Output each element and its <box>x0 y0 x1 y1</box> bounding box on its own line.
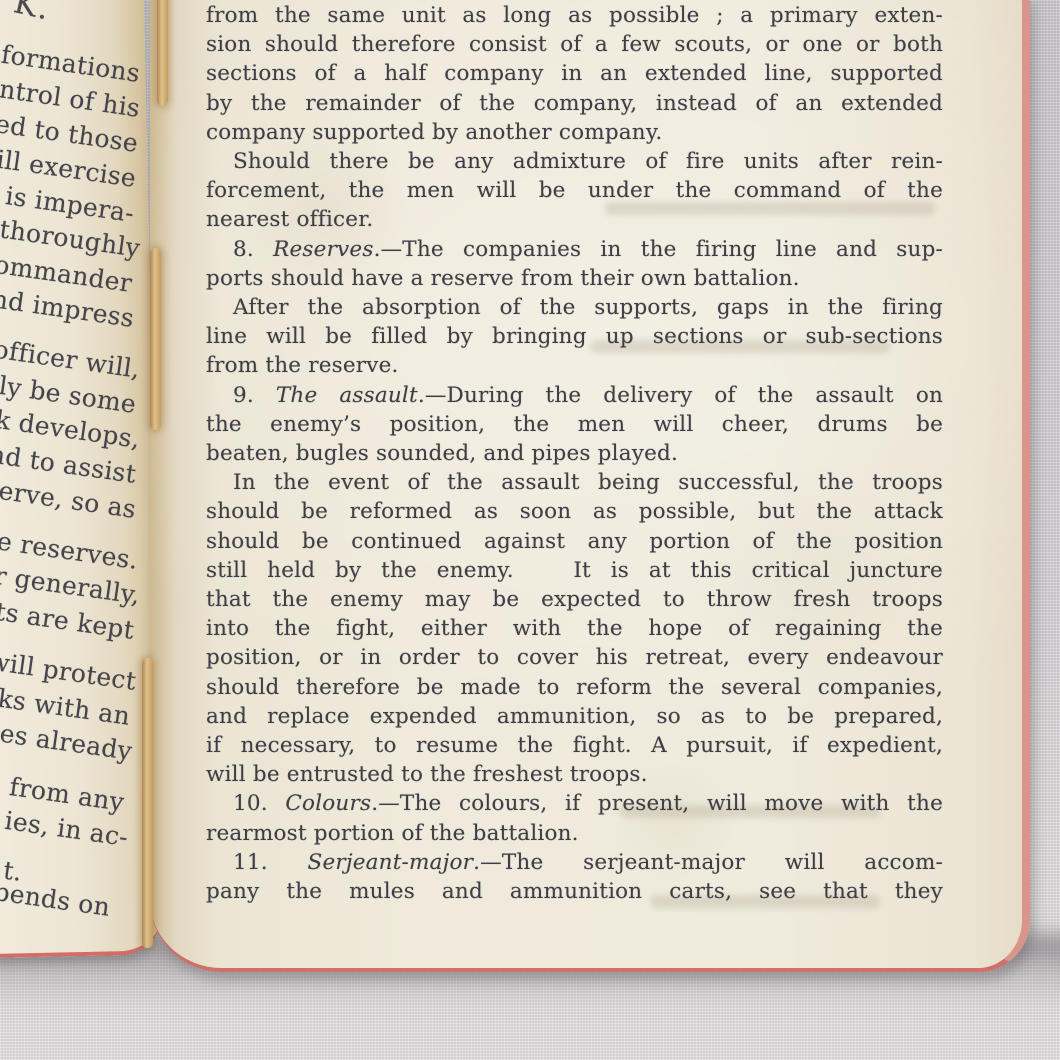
right-page-line: from the same unit as long as possible ;… <box>206 1 943 30</box>
italic-term: Reserves <box>273 237 373 262</box>
text-segment: pany the mules and ammunition carts, see… <box>206 879 943 904</box>
text-segment: .—The serjeant-major will accom- <box>473 850 943 875</box>
text-segment: line will be filled by bringing up secti… <box>206 324 943 349</box>
binding-cord <box>157 0 168 106</box>
text-segment: should be continued against any portion … <box>206 529 943 554</box>
italic-term: The assault <box>276 383 418 408</box>
right-page-line: 11. Serjeant-major.—The serjeant-major w… <box>206 848 943 877</box>
text-segment: by the remainder of the company, instead… <box>206 91 943 116</box>
binding-cord <box>150 248 161 430</box>
text-segment: still held by the enemy. It is at this c… <box>206 558 943 583</box>
text-segment: should be reformed as soon as possible, … <box>206 499 943 524</box>
text-segment: .—The companies in the firing line and s… <box>374 237 943 262</box>
text-segment: from the reserve. <box>206 353 399 378</box>
right-page-line: if necessary, to resume the fight. A pur… <box>206 731 943 760</box>
text-segment: 10. <box>233 791 285 816</box>
text-segment: nearest officer. <box>206 207 373 232</box>
text-segment: and replace expended ammunition, so as t… <box>206 704 943 729</box>
text-segment: forcement, the men will be under the com… <box>206 178 943 203</box>
text-segment: 11. <box>233 850 308 875</box>
right-page-line: sections of a half company in an extende… <box>206 59 943 88</box>
right-page-line: Should there be any admixture of fire un… <box>206 147 943 176</box>
right-page-line: 8. Reserves.—The companies in the firing… <box>206 235 943 264</box>
right-page-line: pany the mules and ammunition carts, see… <box>206 877 943 906</box>
right-page-line: line will be filled by bringing up secti… <box>206 322 943 351</box>
text-segment: beaten, bugles sounded, and pipes played… <box>206 441 678 466</box>
italic-term: Colours <box>285 791 371 816</box>
right-page-line: still held by the enemy. It is at this c… <box>206 556 943 585</box>
text-segment: rearmost portion of the battalion. <box>206 821 579 846</box>
text-segment: the enemy’s position, the men will cheer… <box>206 412 943 437</box>
text-segment: Should there be any admixture of fire un… <box>233 149 943 174</box>
text-segment: company supported by another company. <box>206 120 662 145</box>
italic-term: Serjeant-major <box>308 850 474 875</box>
right-page-line: should be continued against any portion … <box>206 527 943 556</box>
right-page-lines: from the same unit as long as possible ;… <box>206 1 943 906</box>
left-page-lines: ed formationscontrol of hisated to those… <box>0 56 140 925</box>
text-segment: into the fight, either with the hope of … <box>206 616 943 641</box>
right-page-line: company supported by another company. <box>206 118 943 147</box>
right-page-line: After the absorption of the supports, ga… <box>206 293 943 322</box>
right-page-line: should be reformed as soon as possible, … <box>206 497 943 526</box>
right-page-line: by the remainder of the company, instead… <box>206 89 943 118</box>
right-page-line: forcement, the men will be under the com… <box>206 176 943 205</box>
right-page-line: beaten, bugles sounded, and pipes played… <box>206 439 943 468</box>
right-page-line: sion should therefore consist of a few s… <box>206 30 943 59</box>
text-segment: In the event of the assault being succes… <box>233 470 943 495</box>
binding-cord <box>142 658 153 948</box>
text-segment: .—The colours, if present, will move wit… <box>371 791 943 816</box>
text-segment: from the same unit as long as possible ;… <box>206 3 943 28</box>
text-segment: if necessary, to resume the fight. A pur… <box>206 733 943 758</box>
text-segment: sections of a half company in an extende… <box>206 61 943 86</box>
text-segment: .—During the delivery of the assault on <box>418 383 943 408</box>
right-page-line: the enemy’s position, the men will cheer… <box>206 410 943 439</box>
right-page-line: ports should have a reserve from their o… <box>206 264 943 293</box>
text-segment: ports should have a reserve from their o… <box>206 266 800 291</box>
text-segment: 8. <box>233 237 273 262</box>
text-segment: sion should therefore consist of a few s… <box>206 32 943 57</box>
right-page-line: into the fight, either with the hope of … <box>206 614 943 643</box>
right-page-line: 9. The assault.—During the delivery of t… <box>206 381 943 410</box>
right-page-line: In the event of the assault being succes… <box>206 468 943 497</box>
right-page-line: will be entrusted to the freshest troops… <box>206 760 943 789</box>
text-segment: After the absorption of the supports, ga… <box>233 295 943 320</box>
right-page-line: from the reserve. <box>206 351 943 380</box>
right-page-line: nearest officer. <box>206 205 943 234</box>
text-segment: will be entrusted to the freshest troops… <box>206 762 648 787</box>
text-segment: that the enemy may be expected to throw … <box>206 587 943 612</box>
right-page-line: that the enemy may be expected to throw … <box>206 585 943 614</box>
right-page-line: position, or in order to cover his retre… <box>206 643 943 672</box>
text-segment: should therefore be made to reform the s… <box>206 675 943 700</box>
right-page-line: should therefore be made to reform the s… <box>206 673 943 702</box>
right-page-line: rearmost portion of the battalion. <box>206 819 943 848</box>
right-page-line: and replace expended ammunition, so as t… <box>206 702 943 731</box>
text-segment: 9. <box>233 383 276 408</box>
right-page-line: 10. Colours.—The colours, if present, wi… <box>206 789 943 818</box>
text-segment: position, or in order to cover his retre… <box>206 645 943 670</box>
photo-of-open-book: K. ed formationscontrol of hisated to th… <box>0 0 1060 1060</box>
